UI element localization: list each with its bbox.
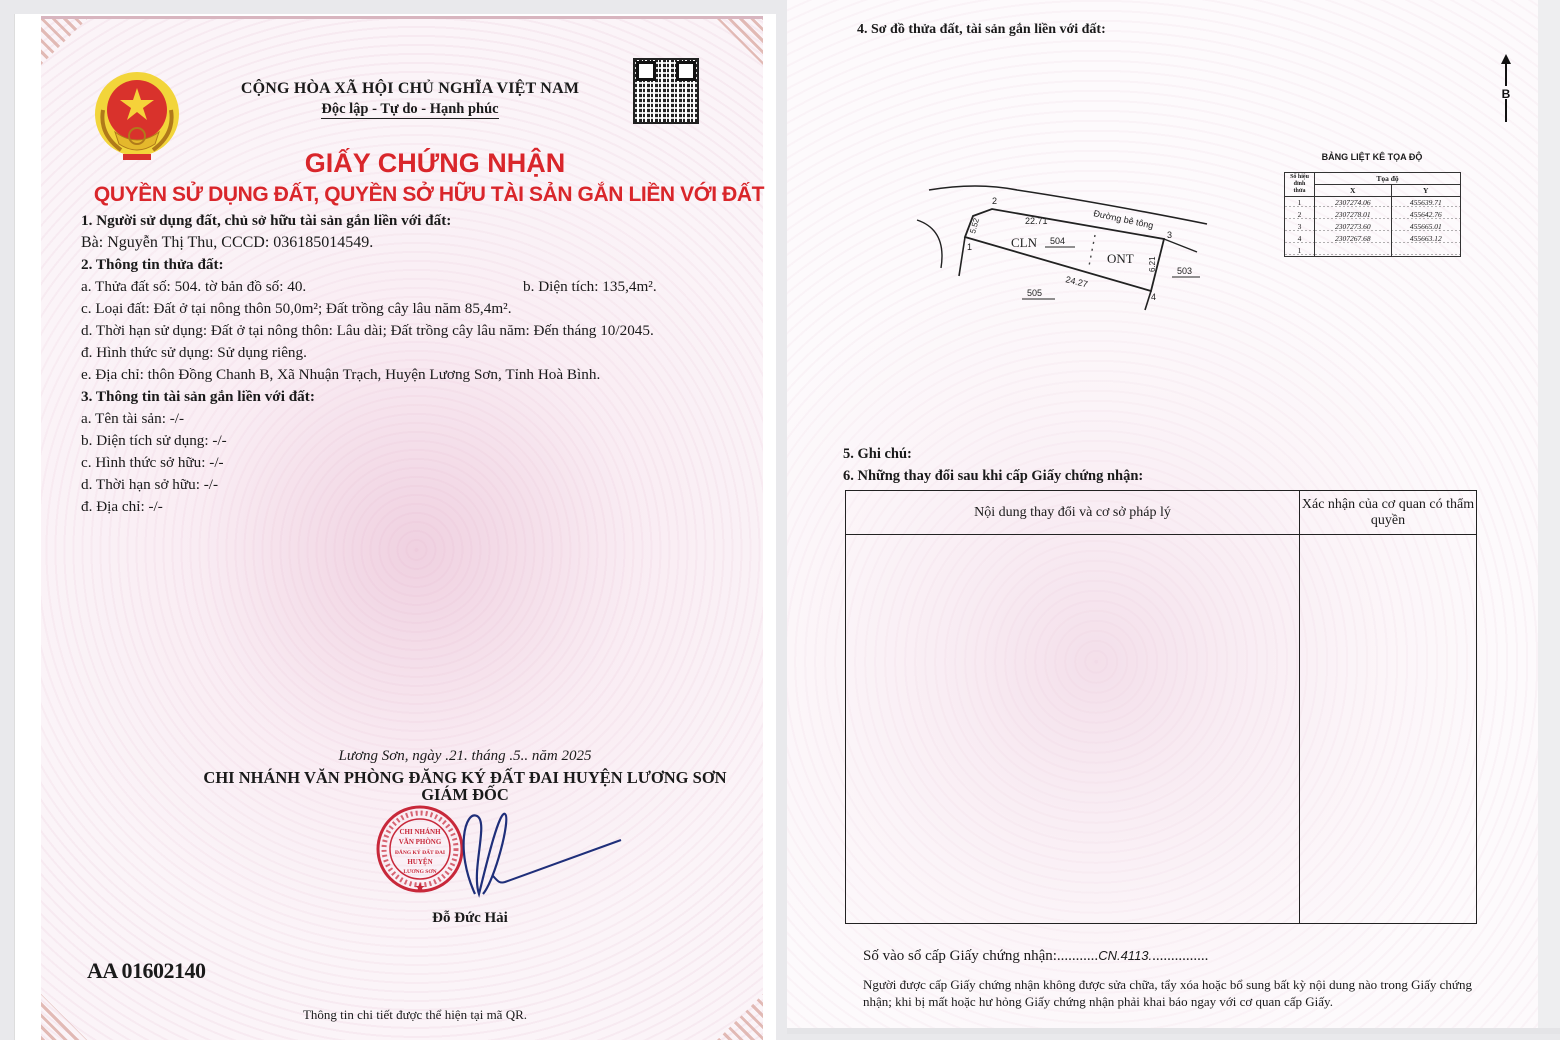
corner-ornament (717, 994, 763, 1040)
owner-line: Bà: Nguyễn Thị Thu, CCCD: 036185014549. (81, 232, 761, 254)
issue-place-date: Lương Sơn, ngày .21. tháng .5.. năm 2025 (215, 748, 715, 765)
land-plot-diagram: 2 1 3 4 Đường bê tông 22.71 24.27 5.52 6… (917, 180, 1217, 310)
plot-number-line: a. Thửa đất số: 504. tờ bản đồ số: 40. b… (81, 276, 761, 298)
header-coordinates: Tọa độ (1315, 173, 1461, 185)
coordinate-row: 1 (1285, 245, 1461, 257)
coordinate-x: 2307273.60 (1315, 221, 1392, 233)
svg-text:B: B (1502, 87, 1511, 101)
coordinate-x: 2307274.06 (1315, 197, 1392, 209)
coordinate-row: 42307267.68455663.12 (1285, 233, 1461, 245)
registry-number: CN.4113. (1098, 948, 1152, 963)
coordinate-y: 455642.76 (1391, 209, 1460, 221)
svg-text:4: 4 (1151, 292, 1156, 302)
coordinate-y (1391, 245, 1460, 257)
coordinate-y: 455665.01 (1391, 221, 1460, 233)
coordinate-x (1315, 245, 1392, 257)
section1-heading: 1. Người sử dụng đất, chủ sở hữu tài sản… (81, 210, 761, 232)
header-point-id: Số hiệu đỉnh thửa (1285, 173, 1315, 197)
certificate-subtitle: QUYỀN SỬ DỤNG ĐẤT, QUYỀN SỞ HỮU TÀI SẢN … (69, 183, 776, 207)
address-line: e. Địa chỉ: thôn Đồng Chanh B, Xã Nhuận … (81, 364, 761, 386)
svg-text:6.21: 6.21 (1148, 256, 1157, 272)
land-type-line: c. Loại đất: Đất ở tại nông thôn 50,0m²;… (81, 298, 761, 320)
svg-text:LƯƠNG SƠN: LƯƠNG SƠN (403, 868, 436, 875)
coordinate-point: 4 (1285, 233, 1315, 245)
header-y: Y (1391, 185, 1460, 197)
changes-confirmation-cell (1300, 535, 1477, 924)
plot-number: a. Thửa đất số: 504. tờ bản đồ số: 40. (81, 278, 306, 295)
coordinate-point: 3 (1285, 221, 1315, 233)
coordinate-point: 1 (1285, 245, 1315, 257)
coordinate-table: Số hiệu đỉnh thửa Tọa độ X Y 12307274.06… (1284, 172, 1461, 257)
asset-item: đ. Địa chỉ: -/- (81, 496, 761, 518)
svg-text:22.71: 22.71 (1025, 216, 1048, 226)
svg-text:HUYỆN: HUYỆN (407, 858, 432, 866)
coordinate-point: 1 (1285, 197, 1315, 209)
north-arrow-icon: B (1499, 54, 1513, 124)
signer-name: Đỗ Đức Hải (395, 910, 545, 927)
corner-ornament (41, 994, 87, 1040)
registry-trail: ............... (1152, 948, 1208, 964)
changes-col-content: Nội dung thay đổi và cơ sở pháp lý (846, 491, 1300, 535)
land-term-line: d. Thời hạn sử dụng: Đất ở tại nông thôn… (81, 320, 761, 342)
coordinate-x: 2307267.68 (1315, 233, 1392, 245)
page-edge (787, 1028, 1560, 1034)
section4-heading: 4. Sơ đồ thửa đất, tài sản gắn liền với … (857, 22, 1106, 38)
legal-warning: Người được cấp Giấy chứng nhận không đượ… (863, 976, 1503, 1010)
page-edge (1538, 0, 1560, 1034)
svg-text:ONT: ONT (1107, 251, 1134, 266)
svg-text:3: 3 (1167, 230, 1172, 240)
svg-text:504: 504 (1050, 236, 1065, 246)
svg-text:5.52: 5.52 (968, 217, 981, 235)
qr-note: Thông tin chi tiết được thể hiện tại mã … (215, 1007, 615, 1023)
svg-text:1: 1 (967, 242, 972, 252)
certificate-serial-number: AA 01602140 (87, 958, 206, 984)
plot-area: b. Diện tích: 135,4m². (523, 276, 657, 298)
asset-item: b. Diện tích sử dụng: -/- (81, 430, 761, 452)
registry-label: Số vào sổ cấp Giấy chứng nhận:..........… (863, 948, 1098, 964)
svg-text:CLN: CLN (1011, 235, 1038, 250)
asset-item: a. Tên tài sản: -/- (81, 408, 761, 430)
header-x: X (1315, 185, 1392, 197)
svg-text:24.27: 24.27 (1065, 274, 1089, 289)
signer-position: GIÁM ĐỐC (165, 785, 765, 805)
signature-icon (435, 810, 625, 900)
certificate-back-page: 4. Sơ đồ thửa đất, tài sản gắn liền với … (787, 0, 1560, 1034)
changes-col-confirmation: Xác nhận của cơ quan có thẩm quyền (1300, 491, 1477, 535)
svg-text:2: 2 (992, 196, 997, 206)
changes-table: Nội dung thay đổi và cơ sở pháp lý Xác n… (845, 490, 1477, 924)
coordinate-row: 32307273.60455665.01 (1285, 221, 1461, 233)
section3-heading: 3. Thông tin tài sản gắn liền với đất: (81, 386, 761, 408)
coordinate-row: 22307278.01455642.76 (1285, 209, 1461, 221)
section5-heading: 5. Ghi chú: (843, 446, 912, 463)
changes-content-cell (846, 535, 1300, 924)
coordinate-y: 455663.12 (1391, 233, 1460, 245)
svg-text:503: 503 (1177, 266, 1192, 276)
section2-heading: 2. Thông tin thửa đất: (81, 254, 761, 276)
coordinate-x: 2307278.01 (1315, 209, 1392, 221)
asset-item: c. Hình thức sở hữu: -/- (81, 452, 761, 474)
qr-code-icon[interactable] (633, 58, 699, 124)
coordinate-point: 2 (1285, 209, 1315, 221)
certificate-title: GIẤY CHỨNG NHẬN (95, 148, 775, 179)
section6-heading: 6. Những thay đổi sau khi cấp Giấy chứng… (843, 468, 1143, 485)
national-motto: Độc lập - Tự do - Hạnh phúc (285, 101, 535, 118)
certificate-body: 1. Người sử dụng đất, chủ sở hữu tài sản… (81, 210, 761, 518)
corner-ornament (717, 19, 763, 65)
certificate-front-page: CỘNG HÒA XÃ HỘI CHỦ NGHĨA VIỆT NAM Độc l… (14, 14, 776, 1040)
coordinate-row: 12307274.06455639.71 (1285, 197, 1461, 209)
asset-item: d. Thời hạn sở hữu: -/- (81, 474, 761, 496)
svg-text:505: 505 (1027, 288, 1042, 298)
corner-ornament (41, 19, 87, 65)
country-name: CỘNG HÒA XÃ HỘI CHỦ NGHĨA VIỆT NAM (225, 80, 595, 98)
usage-form-line: đ. Hình thức sử dụng: Sử dụng riêng. (81, 342, 761, 364)
coordinate-table-title: BẢNG LIỆT KÊ TỌA ĐỘ (1283, 152, 1461, 162)
registry-book-entry: Số vào sổ cấp Giấy chứng nhận:..........… (863, 948, 1208, 965)
coordinate-y: 455639.71 (1391, 197, 1460, 209)
